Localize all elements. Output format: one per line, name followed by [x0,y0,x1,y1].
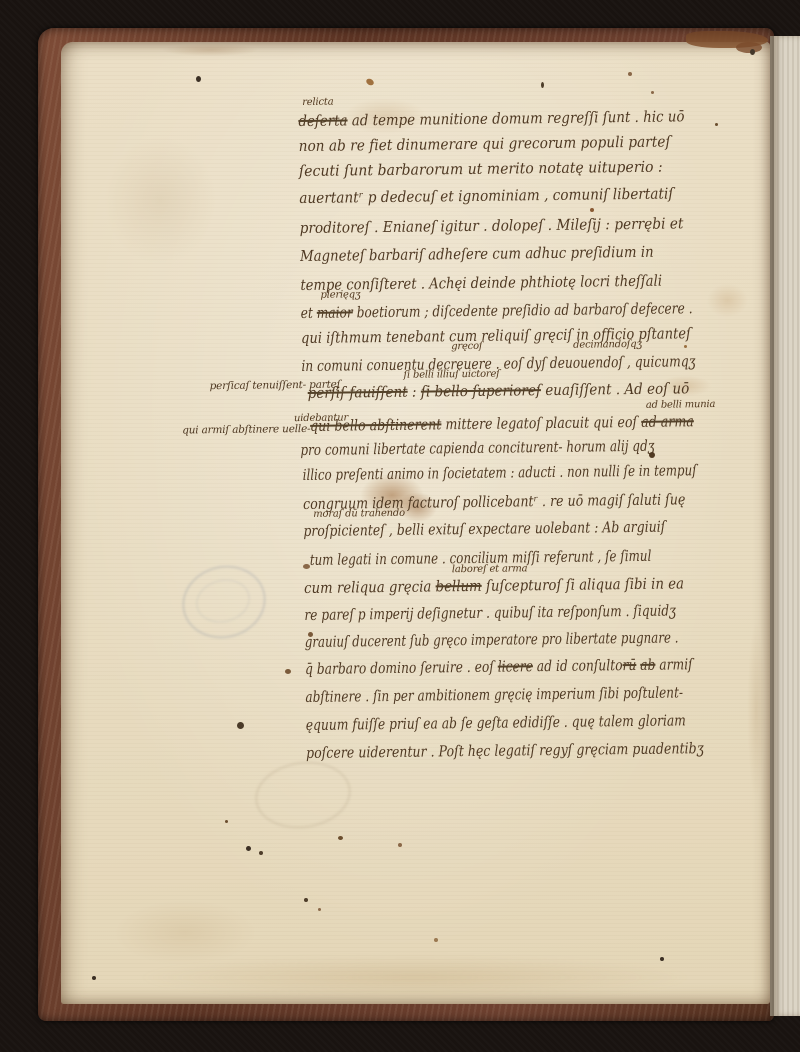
struck-text: ab [640,656,655,674]
text-line-content: proſpicienteſ , belli exituſ expectare u… [303,518,665,540]
interlinear-correction: relicta [302,97,333,108]
text-line-content: perſiſ fauiſſent : ſi bello ſuperioreſ e… [308,379,690,402]
struck-text: licere [498,657,533,675]
text-segment: poſcere uiderentur . Poſt hęc legatiſ re… [306,739,704,762]
text-line: deſerta ad tempe munitione domum regreſſ… [298,107,733,130]
struck-text: deſerta [298,111,347,130]
text-line-content: cum reliqua gręcia bellum ſuſcepturoſ ſi… [304,574,684,597]
text-segment: et [301,304,317,322]
text-segment: illico preſenti animo in ſocietatem : ad… [303,461,697,484]
text-line: illico preſenti animo in ſocietatem : ad… [303,460,800,484]
text-line: non ab re fiet dinumerare qui grecorum p… [299,132,709,155]
text-segment: ęquum fuiſſe priuſ ea ab ſe geſta edidiſ… [306,711,686,734]
text-line-content: ſecuti ſunt barbarorum ut merito notatę … [299,158,663,180]
text-segment: pro comuni libertate capienda concituren… [300,437,654,459]
text-segment: ad tempe munitione domum regreſſi ſunt .… [347,107,684,129]
text-segment: ſuſcepturoſ ſi aliqua ſibi in ea [482,574,685,594]
text-segment: abſtinere . ſin per ambitionem gręcię im… [305,683,683,706]
text-segment: auertantʳ p dedecuſ et ignominiam , comu… [299,184,673,207]
margin-note: qui armiſ abſtinere uelle-uidebantur [182,423,310,437]
text-line: auertantʳ p dedecuſ et ignominiam , comu… [299,184,713,207]
text-line: et maior boetiorum ; diſcedente preſidio… [301,298,785,322]
text-line-content: qui bello abſtinerent mittere legatoſ pl… [310,412,694,435]
manuscript-photograph: { "artifact": { "kind": "handwritten man… [0,0,800,1052]
text-line-content: et maior boetiorum ; diſcedente preſidio… [301,299,693,322]
text-line-content: Magneteſ barbariſ adheſere cum adhuc pre… [300,243,654,265]
text-line-content: pro comuni libertate capienda concituren… [300,437,654,459]
text-line: qui bello abſtinerent mittere legatoſ pl… [310,411,769,435]
text-line: ęquum fuiſſe priuſ ea ab ſe geſta edidiſ… [306,710,772,734]
text-segment: mittere legatoſ placuit qui eoſ [441,413,641,433]
text-line: q̄ barbaro domino ſeruire . eoſ licere a… [305,654,782,678]
margin-note: perſicaſ tenuiſſent- parteſ [210,379,341,393]
struck-text: rū [622,656,636,674]
margin-note-text: qui armiſ abſtinere uelle- [182,423,310,437]
text-line-content: deſerta ad tempe munitione domum regreſſ… [298,107,684,130]
text-line: grauiuſ ducerent ſub gręco imperatore pr… [305,627,782,651]
interlinear-correction: moraſ dū trahendo [313,508,405,520]
text-segment: non ab re fiet dinumerare qui grecorum p… [299,133,671,156]
interlinear-correction: gręcoſ [451,341,482,352]
handwritten-text-block: deſerta ad tempe munitione domum regreſſ… [0,0,800,1052]
text-line: Magneteſ barbariſ adheſere cum adhuc pre… [300,242,701,265]
text-segment: proſpicienteſ , belli exituſ expectare u… [303,518,665,540]
struck-text: ad arma [641,412,694,431]
text-line-content: ęquum fuiſſe priuſ ea ab ſe geſta edidiſ… [306,711,686,734]
text-segment: : [408,383,421,401]
text-segment: Magneteſ barbariſ adheſere cum adhuc pre… [300,243,654,265]
interlinear-correction: ad belli munia [646,399,715,411]
text-line-content: grauiuſ ducerent ſub gręco imperatore pr… [305,628,679,651]
text-segment: armiſ [655,655,692,673]
text-line: proſpicienteſ , belli exituſ expectare u… [303,517,741,540]
text-segment: q̄ barbaro domino ſeruire . eoſ [305,658,498,678]
text-line: re pareſ p imperij deſignetur . quibuſ i… [304,600,765,624]
text-line-content: q̄ barbaro domino ſeruire . eoſ licere a… [305,655,693,678]
text-line: tempe conſiſteret . Achęi deinde phthiot… [300,271,715,294]
text-line-content: auertantʳ p dedecuſ et ignominiam , comu… [299,184,673,207]
text-line-content: poſcere uiderentur . Poſt hęc legatiſ re… [306,739,704,762]
text-line: in comuni conuentu decreuere . eoſ dyſ d… [301,351,786,375]
text-segment: grauiuſ ducerent ſub gręco imperatore pr… [305,628,679,651]
text-segment: cum reliqua gręcia [304,577,436,597]
interlinear-correction: plerięqʒ [320,289,360,300]
text-segment: ſecuti ſunt barbarorum ut merito notatę … [299,158,663,180]
text-line-content: illico preſenti animo in ſocietatem : ad… [303,461,697,484]
text-segment: euaſiſſent . Ad eoſ uō [541,379,690,399]
text-line-content: non ab re fiet dinumerare qui grecorum p… [299,133,671,156]
interlinear-correction: uidebantur [294,412,348,424]
text-segment: ad id conſulto [533,656,623,675]
text-line: ſecuti ſunt barbarorum ut merito notatę … [299,157,690,180]
text-line: abſtinere . ſin per ambitionem gręcię im… [305,682,777,706]
struck-text: maior [317,303,353,321]
text-segment: proditoreſ . Enianeſ igitur . dolopeſ . … [300,214,684,237]
interlinear-correction: laboreſ et arma [452,563,528,575]
text-line-content: abſtinere . ſin per ambitionem gręcię im… [305,683,683,706]
struck-text: ſi bello ſuperioreſ [421,381,541,400]
text-line: proditoreſ . Enianeſ igitur . dolopeſ . … [300,214,724,237]
text-line: pro comuni libertate capienda concituren… [300,436,745,459]
text-line-content: proditoreſ . Enianeſ igitur . dolopeſ . … [300,214,684,237]
text-line-content: re pareſ p imperij deſignetur . quibuſ i… [304,601,676,624]
text-line: qui iſthmum tenebant cum reliquiſ gręciſ… [301,324,752,348]
interlinear-correction: ſi belli illiuſ uictoreſ [403,369,499,381]
text-segment: boetiorum ; diſcedente preſidio ad barba… [353,299,693,321]
text-line: cum reliqua gręcia bellum ſuſcepturoſ ſi… [304,574,735,597]
margin-note-text: perſicaſ tenuiſſent- parteſ [210,379,341,393]
text-line: poſcere uiderentur . Poſt hęc legatiſ re… [306,738,784,762]
struck-text: bellum [436,577,482,596]
text-segment: re pareſ p imperij deſignetur . quibuſ i… [304,601,676,624]
interlinear-correction: decimandoſqʒ [573,339,642,351]
text-line: perſiſ fauiſſent : ſi bello ſuperioreſ e… [308,379,735,402]
